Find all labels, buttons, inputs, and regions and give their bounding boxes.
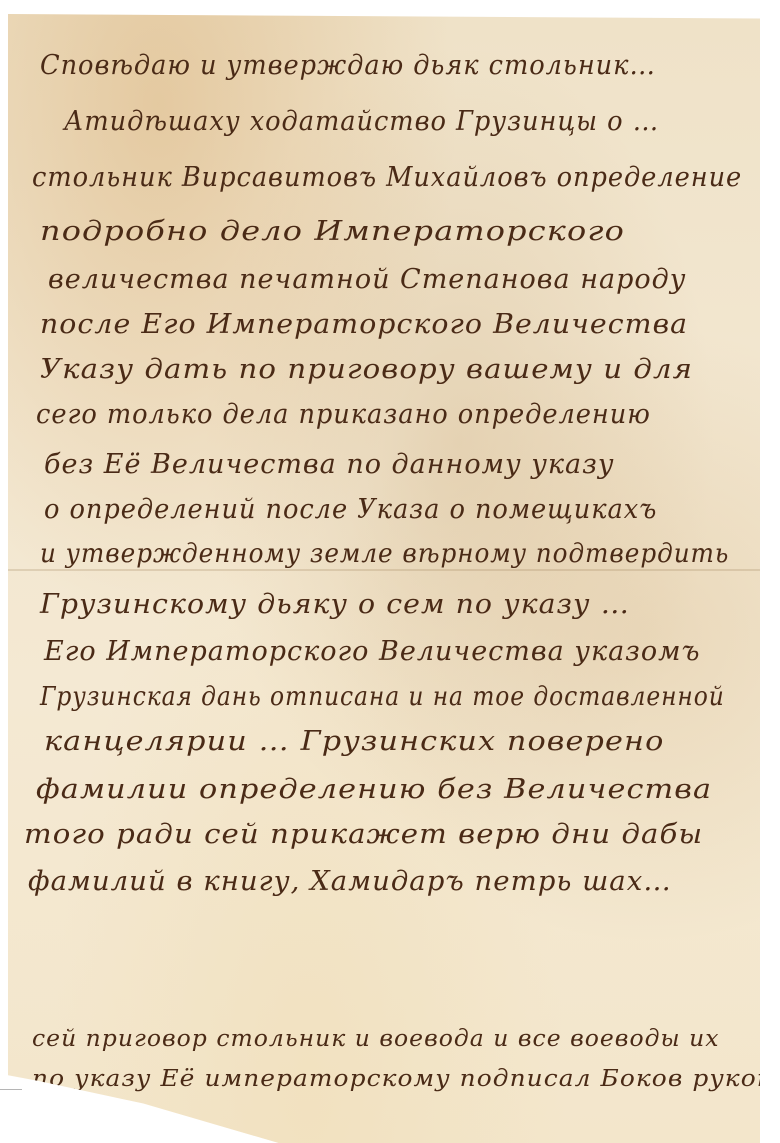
signature-line: сей приговор стольник и воевода и все во… bbox=[32, 1026, 720, 1052]
manuscript-line: Его Императорского Величества указомъ bbox=[44, 636, 701, 667]
manuscript-line: Грузинская дань отписана и на тое достав… bbox=[40, 682, 725, 712]
manuscript-page: Сповѣдаю и утверждаю дьяк стольник… Атид… bbox=[8, 14, 760, 1143]
manuscript-line: о определений после Указа о помещикахъ bbox=[44, 494, 657, 525]
manuscript-line: и утвержденному земле вѣрному подтвердит… bbox=[40, 539, 729, 569]
manuscript-line: стольник Вирсавитовъ Михайловъ определен… bbox=[32, 162, 742, 193]
paper-fold-line bbox=[8, 569, 760, 571]
manuscript-line: того ради сей прикажет верю дни дабы bbox=[24, 819, 703, 850]
manuscript-line: после Его Императорского Величества bbox=[40, 309, 688, 340]
manuscript-line: величества печатной Степанова народу bbox=[48, 264, 686, 295]
manuscript-line: фамилии определению без Величества bbox=[36, 774, 712, 805]
manuscript-line: фамилий в книгу, Хамидаръ петрь шах… bbox=[28, 866, 672, 897]
manuscript-line: Сповѣдаю и утверждаю дьяк стольник… bbox=[40, 50, 656, 81]
scan-edge-mark bbox=[0, 1089, 22, 1090]
manuscript-line: Указу дать по приговору вашему и для bbox=[40, 354, 693, 385]
manuscript-line: без Её Величества по данному указу bbox=[44, 449, 615, 480]
manuscript-line: Атидѣшаху ходатайство Грузинцы о … bbox=[64, 106, 659, 137]
manuscript-line: Грузинскому дьяку о сем по указу … bbox=[40, 589, 630, 620]
manuscript-line: канцелярии … Грузинских поверено bbox=[44, 726, 664, 757]
manuscript-line: сего только дела приказано определению bbox=[36, 399, 651, 430]
signature-line: по указу Её императорскому подписал Боко… bbox=[32, 1066, 780, 1092]
manuscript-line: подробно дело Императорского bbox=[40, 216, 625, 247]
